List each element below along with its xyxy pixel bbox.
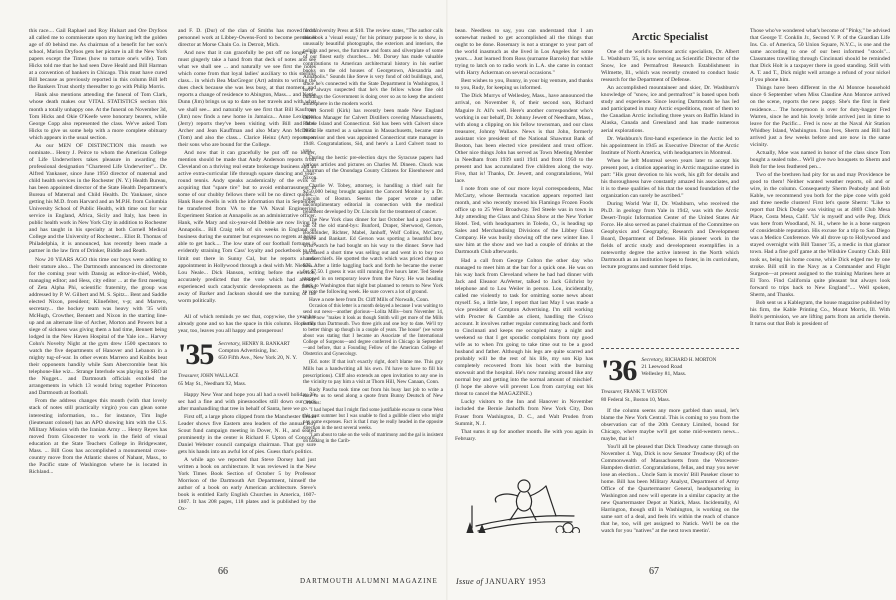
class-heading-36: '36 Secretary, RICHARD H. MORTON 21 Leew… — [601, 357, 739, 385]
sidebar-title: Arctic Specialist — [601, 30, 739, 44]
paragraph: First off, a large photo clipped from th… — [178, 414, 316, 456]
right-column-2: Arctic Specialist One of the world's for… — [601, 28, 739, 533]
skier-cartoon-illustration — [464, 476, 584, 533]
paragraph: An accomplished mountaineer and skier, D… — [601, 85, 739, 134]
paragraph: All of which reminds ye sec that, copywi… — [178, 314, 316, 335]
paragraph: this race.... Gail Raphael and Roy Hulsa… — [29, 28, 167, 91]
class-year: '35 — [178, 341, 213, 369]
secretary-address-line: 650 Fifth Ave., New York 20, N. Y. — [218, 355, 297, 362]
issue-date: JANUARY 1953 — [485, 577, 546, 586]
paragraph: When he left Montreal seven years later … — [601, 158, 739, 200]
section-divider — [601, 348, 739, 349]
paragraph: Now 20 YEARS AGO this time our boys were… — [29, 257, 167, 398]
paragraph: You'll all be pleased that Dick Treadway… — [601, 444, 739, 533]
paragraph: Dr. Washburn's first-hand experience in … — [601, 136, 739, 157]
paragraph: bean. Needless to say, you can understan… — [455, 28, 593, 77]
secretary-label: Secretary, — [218, 341, 240, 347]
column-top-text: and F. D. (Dur) of the clan of Smiths ha… — [178, 28, 316, 314]
class-treasurer-info: Treasurer, JOHN WALLACE 65 May St., Need… — [178, 373, 316, 388]
left-column-2: and F. D. (Dur) of the clan of Smiths ha… — [178, 28, 316, 533]
class-year: '36 — [601, 357, 636, 385]
paragraph: The Dick Murrys of Wellesley, Mass., hav… — [455, 93, 593, 185]
running-footer: DARTMOUTH ALUMNI MAGAZINE — [300, 577, 438, 585]
paragraph: And now that it can gracefully be put of… — [178, 50, 316, 149]
paragraph: That sums it up for another month. Be wi… — [455, 429, 593, 443]
column-text: bean. Needless to say, you can understan… — [455, 28, 593, 468]
paragraph: Two of the brethren had pity for us and … — [750, 172, 890, 299]
paragraph: ford University Press at $10. The review… — [303, 28, 443, 107]
left-page: this race.... Gail Raphael and Roy Hulsa… — [0, 0, 448, 600]
left-column-1: this race.... Gail Raphael and Roy Hulsa… — [29, 28, 167, 533]
paragraph: Had a call from George Colton the other … — [455, 258, 593, 399]
quoted-letter: Occasion of this letter is a month delay… — [303, 304, 443, 358]
paragraph: A while ago we reported that Steve Dorse… — [178, 457, 316, 513]
paragraph: Rudy Pascha took time out from his busy … — [303, 387, 443, 407]
treasurer-name: JOHN WALLACE — [201, 374, 239, 379]
treasurer-label: Treasurer, — [178, 373, 199, 379]
paragraph: Lucky visitors to the Inn and Hanover in… — [455, 399, 593, 427]
class-secretary-info: Secretary, HENRY R. BANKART Compton Adve… — [218, 341, 297, 362]
secretary-label: Secretary, — [641, 357, 663, 363]
right-column-1: bean. Needless to say, you can understan… — [455, 28, 593, 533]
page-number: 66 — [218, 566, 228, 577]
class-treasurer-info: Treasurer, FRANK T. WESTON 80 Federal St… — [601, 389, 739, 404]
arctic-specialist-sidebar: Arctic Specialist One of the world's for… — [601, 28, 739, 340]
treasurer-address: 65 May St., Needham 92, Mass. — [178, 381, 316, 388]
paragraph: During the hectic pre-election days the … — [303, 155, 443, 181]
secretary-address-line: 21 Leewood Road — [641, 364, 716, 371]
paragraph: Hank also mentions attending the funeral… — [29, 92, 167, 141]
quoted-letter: "I am about to take on the veils of matr… — [303, 433, 443, 445]
class-secretary-info: Secretary, RICHARD H. MORTON 21 Leewood … — [641, 357, 716, 378]
class-heading-35: '35 Secretary, HENRY R. BANKART Compton … — [178, 341, 316, 369]
paragraph: (Ed. note: If that isn't exactly right, … — [303, 359, 443, 385]
paragraph: One of the world's foremost arctic speci… — [601, 49, 739, 84]
running-footer: Issue of JANUARY 1953 — [456, 577, 546, 586]
secretary-name: HENRY R. BANKART — [242, 342, 290, 347]
treasurer-address: 80 Federal St., Boston 10, Mass. — [601, 397, 739, 404]
page-number: 67 — [649, 566, 659, 577]
paragraph: As our MEN OF DISTINCTION this month we … — [29, 143, 167, 256]
quoted-letter: "I had hoped that I might find some just… — [303, 408, 443, 432]
paragraph: And now that it can gracefully be put of… — [178, 150, 316, 305]
secretary-address-line: Wellesley 81, Mass. — [641, 371, 716, 378]
paragraph: Art Sorrell (Kirk) has recently been mad… — [303, 108, 443, 154]
treasurer-label: Treasurer, — [601, 389, 622, 395]
left-column-3: ford University Press at $10. The review… — [303, 28, 443, 533]
paragraph: If the column seems any more garbled tha… — [601, 408, 739, 443]
paragraph: Best wishes to you, Bunny, in your big v… — [455, 78, 593, 92]
paragraph: Bob sent us a Kablegram, the house magaz… — [750, 300, 890, 328]
paragraph: and F. D. (Dur) of the clan of Smiths ha… — [178, 28, 316, 49]
issue-label: Issue of — [456, 577, 483, 586]
paragraph: Happy New Year and hope you all had a sw… — [178, 392, 316, 413]
paragraph: Actually, Moe was named in honor of the … — [750, 150, 890, 171]
paragraph: During World War II, Dr. Washburn, who r… — [601, 201, 739, 271]
paragraph: Things have been different in the Al Mon… — [750, 85, 890, 148]
right-column-3: Those who've wondered what's become of "… — [750, 28, 890, 533]
paragraph: From the address changes this month (wit… — [29, 398, 167, 476]
secretary-name: RICHARD H. MORTON — [665, 358, 716, 363]
paragraph: Have a note here from Dr. Cliff Mills of… — [303, 297, 443, 304]
paragraph: Those who've wondered what's become of "… — [750, 28, 890, 84]
paragraph: I note from one of our more loyal corres… — [455, 186, 593, 256]
paragraph: Charlie W. Tobey, attorney, is handling … — [303, 183, 443, 216]
treasurer-name: FRANK T. WESTON — [624, 390, 668, 395]
paragraph: The New York class dinner for last Octob… — [303, 217, 443, 296]
